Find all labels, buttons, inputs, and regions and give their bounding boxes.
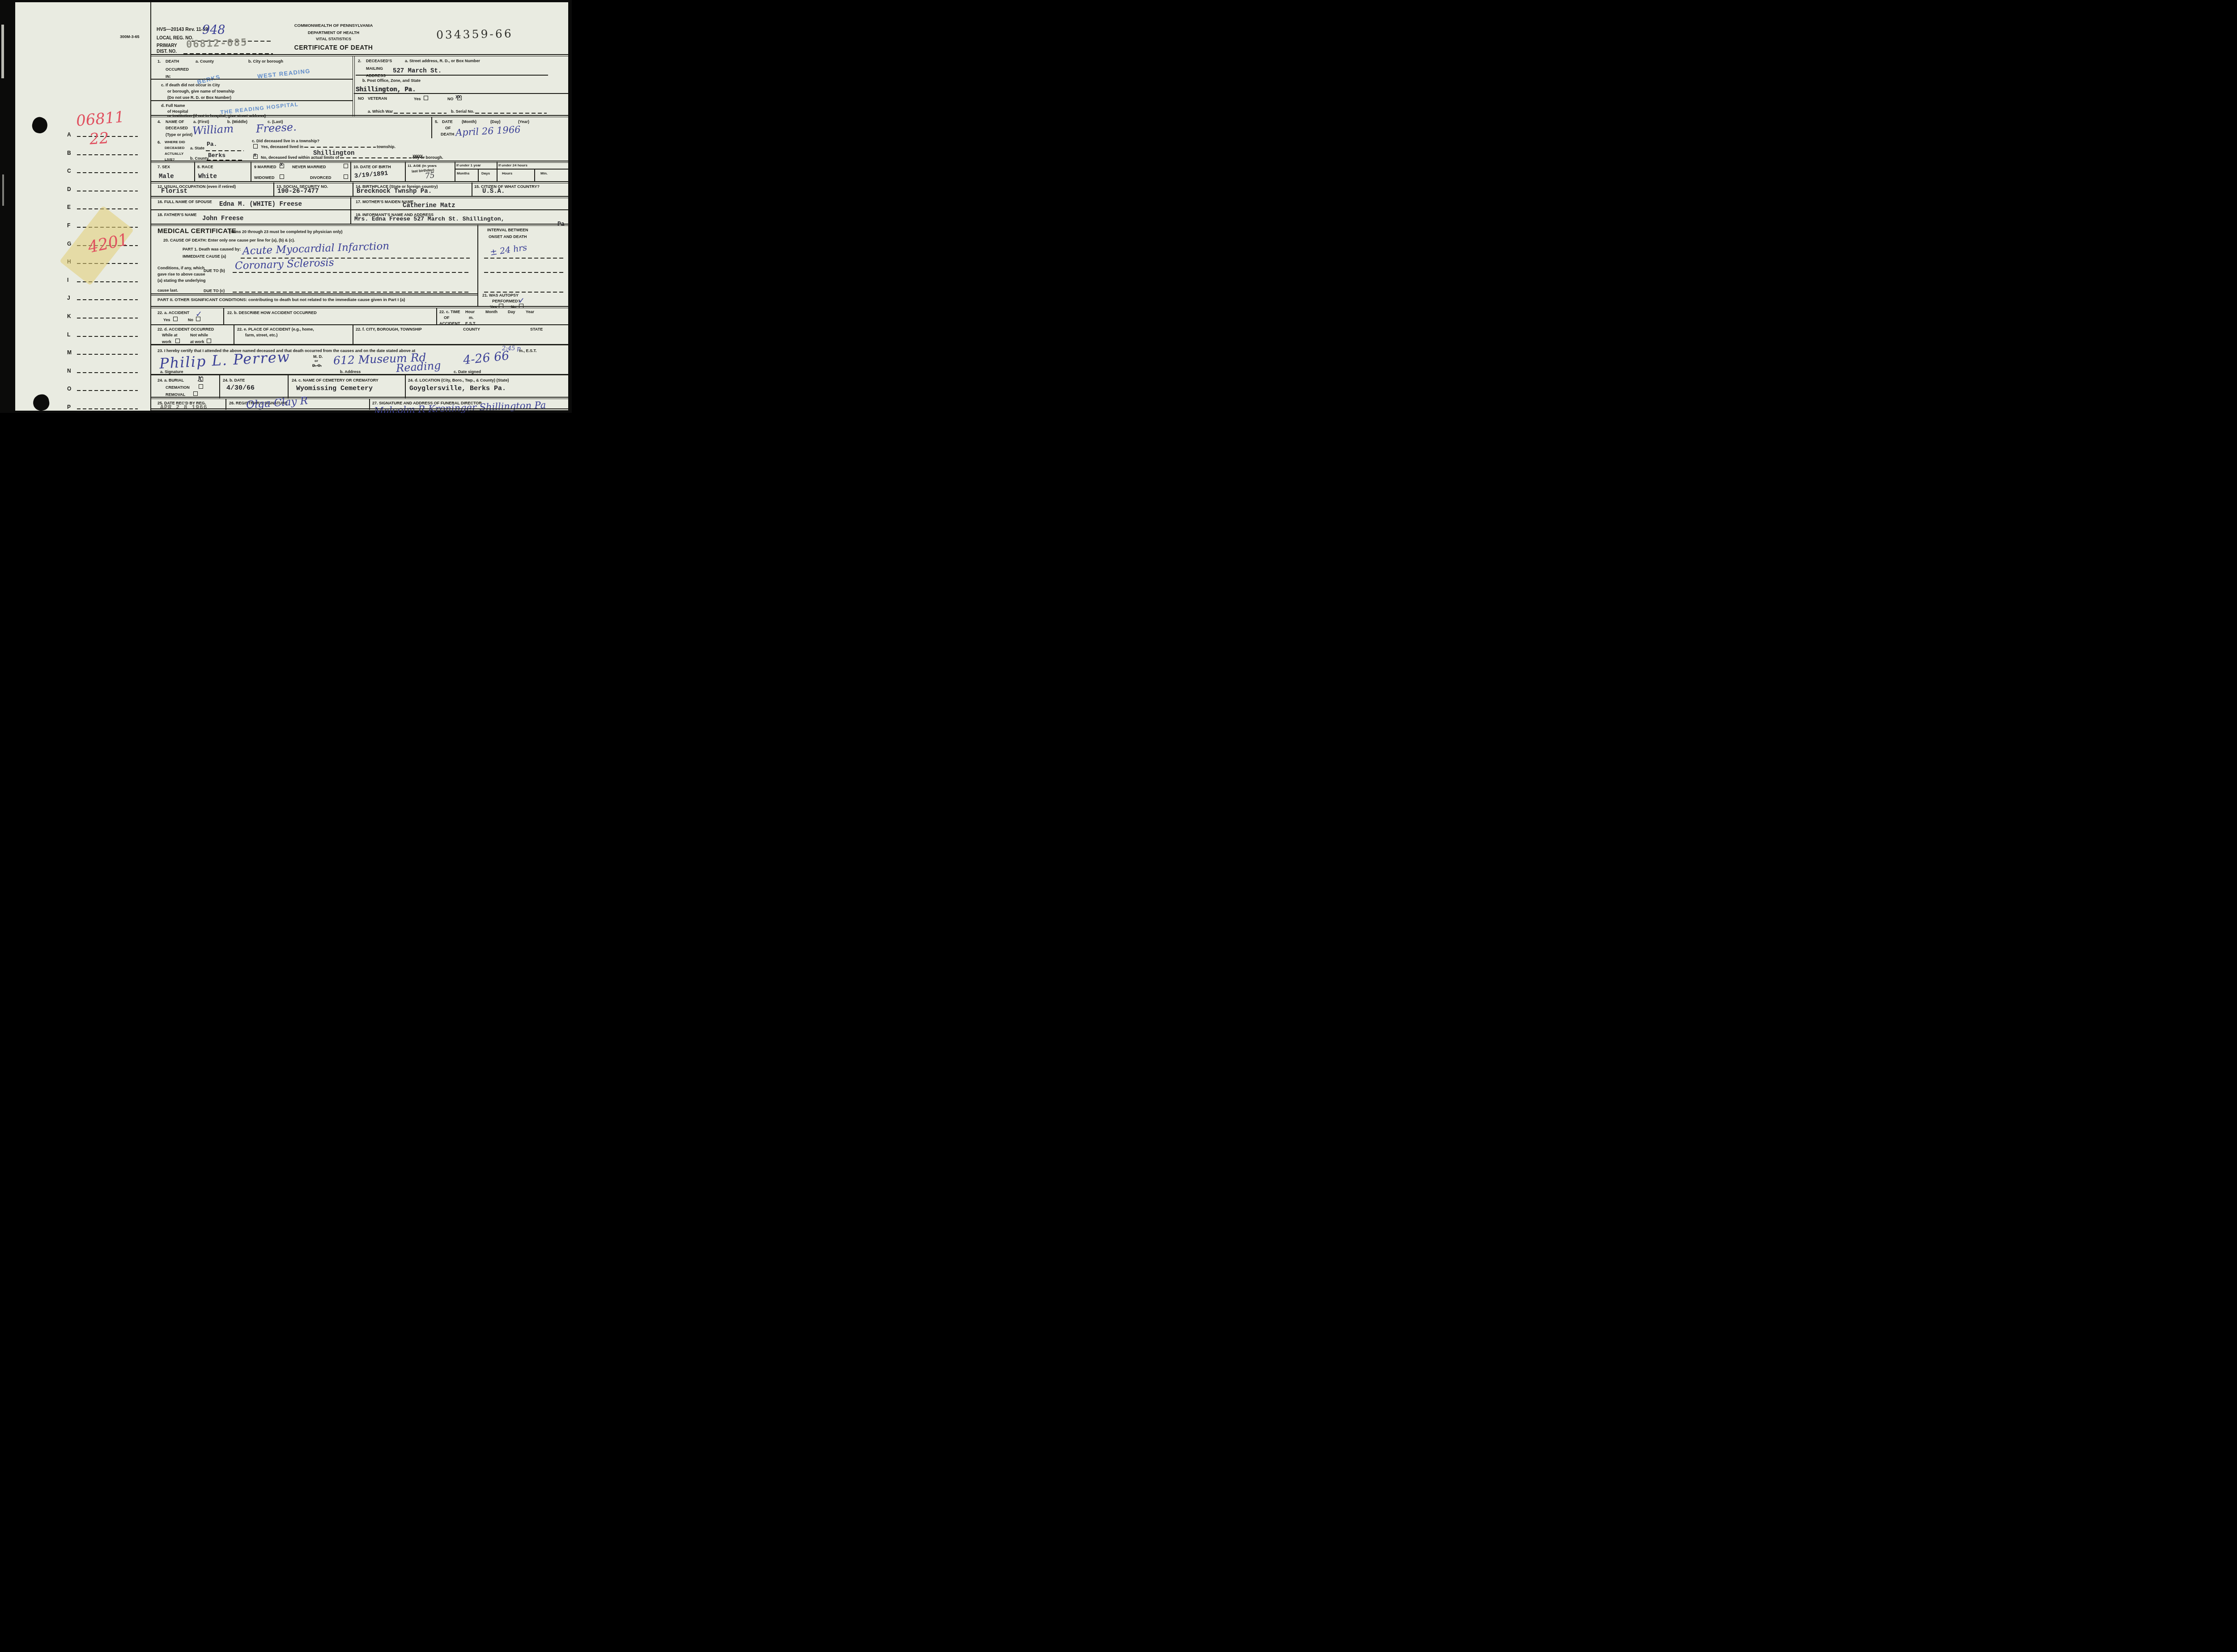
stub-index-line: [77, 372, 138, 373]
under1-months-label: Months: [457, 171, 469, 175]
box1-label-2: OCCURRED: [166, 67, 189, 72]
scan-artifact: [1, 25, 4, 78]
under24-hours-label: Hours: [502, 171, 512, 175]
row5-rule: [151, 196, 568, 198]
box22f-county-label: COUNTY: [463, 327, 480, 331]
box4-last-name: Freese.: [255, 121, 297, 136]
box20-conditions-4: cause last.: [157, 288, 178, 293]
box22c-month-label: Month: [485, 310, 498, 314]
box3-yes-checkbox: [424, 96, 428, 100]
box21-label-1: 21. WAS AUTOPSY: [482, 293, 519, 297]
box22d-while-checkbox: [175, 339, 180, 343]
box21-label-2: PERFORMED?: [492, 299, 520, 303]
stub-index-row-i: I: [67, 280, 139, 286]
stub-index-row-d: D: [67, 189, 139, 195]
scan-edge-right: [568, 0, 572, 413]
box19-informant-value2: Pa: [557, 221, 565, 227]
box6c-yes-pre: Yes, deceased lived in: [261, 144, 303, 149]
box6c-strike-mark: XXXXX: [413, 154, 422, 159]
box1-subrule-2: [151, 100, 353, 101]
box3a-line: [394, 113, 447, 114]
box20-part1-label: PART 1. Death was caused by:: [183, 247, 241, 251]
box4-number: 4.: [157, 119, 161, 124]
box6c-no-mark: X: [254, 153, 256, 158]
box1c-label-1: c. If death did not occur in City: [161, 83, 220, 87]
box9-married-mark: X: [280, 163, 283, 168]
divider-marital-dob: [350, 162, 351, 182]
box2-label-1: DECEASED'S: [366, 59, 392, 63]
row4-rule: [151, 181, 568, 183]
stub-index-row-j: J: [67, 297, 139, 304]
scanned-death-certificate: 300M-3-65 ABCDEFGHIJKLMNOP 06811 22 4201…: [0, 0, 572, 413]
box1-box2-divider: [353, 56, 355, 116]
stub-index-letter: K: [67, 313, 71, 319]
box3a-label: a. Which War: [368, 109, 393, 114]
divider-24a-24b: [219, 375, 220, 398]
stub-index-row-p: P: [67, 407, 139, 413]
box6a-label: a. State: [190, 146, 204, 150]
box4-box5-divider: [431, 117, 432, 138]
box22d-not-checkbox: [207, 339, 211, 343]
box9-widowed-checkbox: [280, 174, 284, 179]
box20-cause-a-line: [241, 258, 470, 259]
department-line: DEPARTMENT OF HEALTH: [276, 30, 391, 35]
box6-label-2: DECEASED: [165, 146, 184, 150]
stub-index-line: [77, 299, 138, 300]
box9-never-married-checkbox: [344, 164, 348, 168]
box3-no-label: NO: [447, 97, 454, 101]
box17-mother-value: Catherine Matz: [403, 203, 455, 209]
box23-or-label: or: [315, 359, 318, 363]
box22f-label: 22. f. CITY, BOROUGH, TOWNSHIP: [356, 327, 422, 331]
box24a-burial-mark: X: [198, 375, 203, 383]
box24a-removal-label: REMOVAL: [166, 392, 185, 397]
row10-rule: [151, 306, 568, 308]
certificate-title: CERTIFICATE OF DEATH: [276, 44, 391, 51]
box6c-no-post: borough.: [426, 155, 443, 160]
interval-a-line: [484, 258, 565, 259]
box22c-label-2: OF: [444, 315, 450, 320]
box1b-label: b. City or borough: [248, 59, 283, 64]
box18-father-value: John Freese: [202, 216, 243, 222]
box3b-label: b. Serial No.: [451, 109, 474, 114]
box2-label-2: MAILING: [366, 66, 383, 71]
interval-label-1: INTERVAL BETWEEN: [487, 228, 528, 232]
row6-rule: [151, 209, 568, 210]
primary-label: PRIMARY: [157, 43, 177, 49]
stub-index-letter: D: [67, 186, 71, 192]
divider-under1-under24: [497, 162, 498, 182]
box4-label-1: NAME OF: [166, 119, 184, 124]
scan-artifact: [2, 174, 4, 206]
divider-dob-age: [405, 162, 406, 182]
box18-label: 18. FATHER'S NAME: [157, 212, 197, 217]
box2a-label: a. Street address, R. D., or Box Number: [405, 59, 480, 63]
box9-widowed-label: WIDOWED: [254, 175, 275, 180]
box6c-yes-blank: [304, 147, 376, 148]
box6-label-1: WHERE DID: [165, 140, 185, 144]
divider-22b-22c: [436, 308, 437, 324]
box11-age-value: 75: [425, 171, 435, 181]
box22c-m-label: m.: [469, 315, 474, 320]
divider-sex-race: [194, 162, 195, 182]
box9-never-married-label: NEVER MARRIED: [292, 165, 326, 169]
stub-index-row-n: N: [67, 370, 139, 377]
divider-24c-24d: [405, 375, 406, 398]
box1-label-1: DEATH: [166, 59, 179, 64]
box22e-label-2: farm, street, etc.): [245, 333, 278, 337]
box16-spouse-value: Edna M. (WHITE) Freese: [219, 201, 302, 208]
stub-index-letter: E: [67, 204, 71, 210]
box15-citizen-value: U.S.A.: [482, 188, 505, 195]
divider-occ-ssn: [273, 183, 274, 196]
box13-ssn-value: 190-26-7477: [277, 188, 319, 195]
box7-sex-value: Male: [159, 174, 174, 180]
box6b-county-value: Berks: [208, 153, 225, 159]
box5-label-3: DEATH: [441, 132, 454, 136]
box20-cause-b-line: [233, 272, 470, 273]
box6c-label: c. Did deceased live in a township?: [252, 139, 319, 143]
divider-22d-22e: [234, 325, 234, 344]
box2-box3-divider: [354, 93, 568, 94]
box8-label: 8. RACE: [197, 165, 213, 169]
box24c-cemetery-value: Wyomissing Cemetery: [296, 385, 373, 393]
box22c-hour-label: Hour: [465, 310, 475, 314]
stub-index-letter: A: [67, 132, 71, 138]
box1d-label-1: d. Full Name: [161, 103, 185, 108]
box6c-yes-checkbox: [253, 144, 258, 149]
box22a-no-label: No: [188, 318, 193, 322]
row14-rule: [151, 397, 568, 399]
box1-subrule-1: [151, 79, 353, 80]
divider-24b-24c: [288, 375, 289, 398]
box22c-label-1: 22. c. TIME: [439, 310, 460, 314]
box20-due-c-label: DUE TO (c): [204, 289, 225, 293]
box4-first-name: William: [192, 123, 234, 137]
stub-index-row-b: B: [67, 153, 139, 159]
divider-spouse-mother: [350, 197, 351, 209]
box10-label: 10. DATE OF BIRTH: [353, 165, 391, 169]
box22f-state-label: STATE: [530, 327, 543, 331]
stub-index-letter: I: [67, 277, 68, 283]
box3-number: NO: [358, 96, 364, 101]
medical-title: MEDICAL CERTIFICATE: [157, 227, 236, 235]
under24-subrule: [497, 169, 568, 170]
box6c-no-blank: [340, 157, 412, 158]
row1-rule: [151, 115, 568, 117]
interval-b-line: [484, 272, 565, 273]
stub-index-letter: O: [67, 386, 71, 392]
box5-month-label: (Month): [462, 119, 476, 124]
stub-index-row-o: O: [67, 388, 139, 395]
box22a-no-mark: ✓: [196, 310, 202, 319]
stub-index-letter: M: [67, 349, 72, 356]
box24a-cremation-checkbox: [199, 384, 203, 389]
box22a-label: 22. a. ACCIDENT: [157, 310, 189, 315]
box22a-yes-checkbox: [173, 317, 178, 321]
stub-index-line: [77, 390, 138, 391]
box22b-label: 22. b. DESCRIBE HOW ACCIDENT OCCURRED: [227, 310, 317, 315]
box6b-label: b. County: [190, 156, 209, 161]
stub-index-row-c: C: [67, 170, 139, 177]
divider-ssn-birthplace: [353, 183, 353, 196]
stub-index-letter: F: [67, 222, 70, 229]
box22d-while-2: work: [162, 340, 171, 344]
under1-days-label: Days: [481, 171, 490, 175]
under24-min-label: Min.: [540, 171, 548, 175]
box24a-removal-checkbox: [193, 391, 198, 396]
box1c-label-2: or borough, give name of township: [167, 89, 234, 93]
box20-conditions-3: (a) stating the underlying: [157, 278, 206, 283]
box22c-year-label: Year: [526, 310, 534, 314]
row11-rule: [151, 324, 568, 325]
dist-no-label: DIST. NO.: [157, 49, 177, 55]
primary-dist-value: 06812-085: [186, 38, 248, 51]
stub-index-letter: C: [67, 168, 71, 174]
box1d-label-2: of Hospital: [167, 109, 188, 114]
part2-label: PART II. OTHER SIGNIFICANT CONDITIONS: c…: [157, 298, 405, 303]
box20-conditions-2: gave rise to above cause: [157, 272, 205, 276]
box24c-label: 24. c. NAME OF CEMETERY OR CREMATORY: [292, 378, 379, 382]
stub-index-row-m: M: [67, 352, 139, 358]
box6b-line: [207, 160, 244, 161]
box3b-line: [475, 113, 547, 114]
divider-22e-22f: [353, 325, 353, 344]
box6c-yes-line: Yes, deceased lived intownship.: [261, 144, 396, 149]
box23-signature-label: a. Signature: [160, 369, 183, 374]
box6-number: 6.: [157, 140, 161, 144]
agency-header: COMMONWEALTH OF PENNSYLVANIA DEPARTMENT …: [276, 24, 391, 51]
form-code: HVS—20143 Rev. 11-59: [157, 27, 208, 32]
box5-number: 5.: [435, 119, 438, 124]
box2a-street-value: 527 March St.: [393, 68, 442, 75]
box22e-label-1: 22. e. PLACE OF ACCIDENT (e.g., home,: [237, 327, 314, 331]
scan-edge-top: [0, 0, 572, 2]
box6c-no-pre: No, deceased lived within actual limits …: [261, 155, 339, 160]
local-reg-value: 948: [202, 23, 225, 37]
stub-index-line: [77, 408, 138, 409]
box22d-label: 22. d. ACCIDENT OCCURRED: [157, 327, 214, 331]
box20-immediate-label: IMMEDIATE CAUSE (a): [183, 254, 226, 259]
under24-divider: [534, 169, 535, 182]
box23-date-signed-label: c. Date signed: [454, 369, 481, 374]
box5-day-label: (Day): [490, 119, 501, 124]
stub-index-letter: B: [67, 150, 71, 156]
box3-yes-label: Yes: [414, 97, 421, 101]
box3-no-mark: XX: [455, 95, 460, 100]
box6c-struck-words: city orXXXXX: [413, 155, 425, 160]
row7-rule: [151, 224, 568, 226]
box2b-label: b. Post Office, Zone, and State: [362, 78, 421, 83]
box24d-label: 24. d. LOCATION (City, Boro., Twp., & Co…: [408, 378, 509, 382]
box22a-yes-label: Yes: [163, 318, 170, 322]
box16-label: 16. FULL NAME OF SPOUSE: [157, 200, 212, 204]
box2-number: 2.: [358, 59, 361, 63]
divider-age-under1: [455, 162, 455, 182]
box20-conditions-1: Conditions, if any, which: [157, 266, 204, 270]
box20-cause-c-line: [233, 292, 470, 293]
box8-race-value: White: [198, 174, 217, 180]
header-rule: [151, 54, 568, 56]
stub-index-letter: P: [67, 404, 71, 410]
box22c-day-label: Day: [508, 310, 515, 314]
box24a-burial-label: 24. a. BURIAL: [157, 378, 184, 382]
under1-subrule: [455, 169, 497, 170]
stub-index-line: [77, 172, 138, 173]
box12-occupation-value: Florist: [161, 188, 187, 195]
divider-father-informant: [350, 210, 351, 224]
stub-index-letter: G: [67, 241, 71, 247]
bottom-rule: [151, 408, 568, 411]
medical-subtitle: (Items 20 through 23 must be completed b…: [229, 229, 343, 234]
box24b-label: 24. b. DATE: [223, 378, 245, 382]
box23-md-label: M. D.: [313, 354, 323, 359]
box23-address-label: b. Address: [340, 369, 361, 374]
box4-label-3: (Type or print): [166, 132, 192, 137]
stub-index-letter: N: [67, 368, 71, 374]
box6a-line: [206, 150, 244, 151]
under1-label: If under 1 year: [456, 163, 481, 167]
box7-label: 7. SEX: [157, 165, 170, 169]
box11-label-1: 11. AGE (in years: [408, 164, 437, 168]
stub-index-line: [77, 154, 138, 155]
stub-index-line: [77, 336, 138, 337]
box1-label-3: IN:: [166, 74, 171, 79]
box6c-yes-post: township.: [377, 144, 396, 149]
box23-do-label: D. O.: [312, 363, 322, 368]
box22d-while-1: While at: [162, 333, 178, 337]
stub-form-number: 300M-3-65: [120, 34, 140, 39]
box6c-no-line: No, deceased lived within actual limits …: [261, 155, 443, 160]
box4-label-2: DECEASED: [166, 126, 188, 130]
under1-divider: [478, 169, 479, 182]
row3-rule: [151, 161, 568, 163]
stub-index-row-k: K: [67, 316, 139, 322]
box5-year-label: (Year): [518, 119, 529, 124]
commonwealth-line: COMMONWEALTH OF PENNSYLVANIA: [276, 24, 391, 29]
stub-index-letter: L: [67, 331, 70, 338]
divider-22a-22b: [223, 308, 224, 324]
box5-label-1: DATE: [442, 119, 453, 124]
box9-divorced-checkbox: [344, 174, 348, 179]
stub-index-letter: J: [67, 295, 70, 301]
box22d-not-1: Not while: [190, 333, 208, 337]
box1-number: 1.: [157, 59, 161, 64]
box6-label-4: LIVE?: [165, 157, 175, 161]
box6-label-3: ACTUALLY: [165, 152, 183, 156]
box9-divorced-label: DIVORCED: [310, 175, 332, 180]
divider-interval-column: [477, 225, 478, 307]
box24d-location-value: Goyglersville, Berks Pa.: [409, 385, 506, 393]
row13-rule: [151, 374, 568, 375]
part2-rule: [151, 293, 477, 296]
box20-label: 20. CAUSE OF DEATH: Enter only one cause…: [163, 238, 295, 242]
box1c-label-3: (Do not use R. D. or Box Number): [167, 95, 231, 100]
box2-subrule: [356, 75, 548, 76]
box14-birthplace-value: Brecknock Twnshp Pa.: [357, 188, 432, 195]
box6a-state-value: Pa.: [207, 141, 217, 148]
stub-divider-rule: [150, 2, 151, 411]
interval-label-2: ONSET AND DEATH: [489, 234, 527, 239]
box19-informant-value: Mrs. Edna Freese 527 March St. Shillingt…: [354, 216, 504, 222]
divider-race-marital: [251, 162, 251, 182]
stub-index-line: [77, 318, 138, 319]
stub-red-note-b: 22: [89, 129, 110, 149]
box9-married-label: 9 MARRIED: [254, 165, 276, 169]
box24a-cremation-label: CREMATION: [166, 385, 190, 390]
interval-c-line: [484, 292, 565, 293]
box1a-label: a. County: [196, 59, 214, 64]
under24-label: If under 24 hours: [498, 163, 527, 167]
box24b-date-value: 4/30/66: [226, 385, 255, 392]
box2-label-3: ADDRESS: [366, 73, 386, 78]
box20-due-b-label: DUE TO (b): [204, 268, 225, 273]
box3-label: VETERAN: [368, 96, 387, 101]
box21-no-mark: ✓: [518, 296, 525, 306]
stub-index-line: [77, 354, 138, 355]
certificate-number: 034359-66: [436, 27, 513, 42]
stub-index-row-l: L: [67, 334, 139, 340]
stub-index-line: [77, 191, 138, 191]
divider-birthplace-citizen: [472, 183, 472, 196]
box23-certification-post: m., E.S.T.: [519, 348, 537, 353]
box22d-not-2: at work: [190, 340, 204, 344]
vital-statistics-line: VITAL STATISTICS: [276, 37, 391, 41]
box5-label-2: OF: [445, 126, 451, 130]
